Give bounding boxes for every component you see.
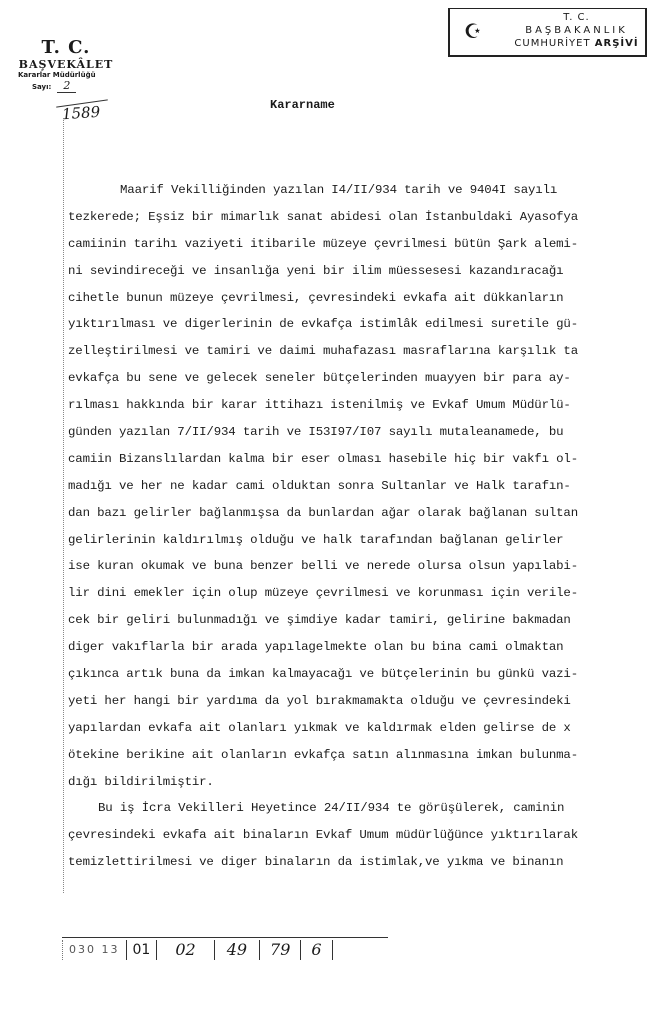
footer-code-cell: 01 (126, 940, 157, 960)
footer-code-cell: 02 (156, 940, 213, 960)
stamp-line-2: BAŞBAKANLIK (512, 24, 641, 37)
footer-code-cell: 030 13 (62, 940, 126, 960)
body-line: diger vakıflarla bir arada yapılagelmekt… (68, 634, 658, 661)
body-line: gelirlerinin kaldırılmış olduğu ve halk … (68, 527, 658, 554)
body-line: yapılardan evkafa ait olanları yıkmak ve… (68, 715, 658, 742)
body-line: lir dini emekler için olup müzeye çevril… (68, 580, 658, 607)
body-line: ise kuran okumak ve buna benzer belli ve… (68, 553, 658, 580)
body-line: madığı ve her ne kadar cami olduktan son… (68, 473, 658, 500)
document-body: Maarif Vekilliğinden yazılan I4/II/934 t… (68, 177, 658, 876)
body-line: dığı bildirilmiştir. (68, 769, 658, 796)
body-line: tezkerede; Eşsiz bir mimarlık sanat abid… (68, 204, 658, 231)
crescent-star-icon: ☪ (464, 21, 482, 41)
header-left-letterhead: T. C. BAŞVEKÂLET Kararlar Müdürlüğü Sayı… (6, 38, 126, 93)
archive-reference-code: 030 13 01 02 49 79 6 (62, 937, 388, 962)
stamp-line-1: T. C. (512, 11, 641, 24)
body-line: cek bir geliri bulunmadığı ve şimdiye ka… (68, 607, 658, 634)
sayi-label: Sayı: (32, 83, 51, 91)
sayi-value: 2 (57, 79, 76, 93)
body-line: camiinin tarihı vaziyeti itibarile müzey… (68, 231, 658, 258)
body-line: temizlettirilmesi ve diger binaların da … (68, 849, 658, 876)
stamp-line-3a: CUMHURİYET (514, 38, 590, 49)
footer-code-cell: 6 (300, 940, 332, 960)
body-line: Maarif Vekilliğinden yazılan I4/II/934 t… (68, 177, 658, 204)
body-line: camiin Bizanslılardan kalma bir eser olm… (68, 446, 658, 473)
letterhead-sayi: Sayı:2 (6, 80, 126, 93)
archive-stamp-text: T. C. BAŞBAKANLIK CUMHURİYET ARŞİVİ (512, 11, 641, 50)
body-line: yeti her hangi bir yardıma da yol bırakm… (68, 688, 658, 715)
body-line: evkafça bu sene ve gelecek seneler bütçe… (68, 365, 658, 392)
body-line: çıkınca artık buna da imkan kalmayacağı … (68, 661, 658, 688)
margin-line (63, 118, 64, 893)
body-line: zelleştirilmesi ve tamiri ve daimi muhaf… (68, 338, 658, 365)
document-title: Kararname (270, 98, 335, 112)
letterhead-organization: BAŞVEKÂLET (6, 58, 126, 71)
body-line: ni sevindireceği ve insanlığa yeni bir i… (68, 258, 658, 285)
footer-code-cell: 79 (259, 940, 300, 960)
body-line: çevresindeki evkafa ait binaların Evkaf … (68, 822, 658, 849)
handwritten-number: 1589 (61, 103, 100, 124)
body-line: rılması hakkında bir karar ittihazı iste… (68, 392, 658, 419)
body-line: Bu iş İcra Vekilleri Heyetince 24/II/934… (68, 795, 658, 822)
letterhead-tc: T. C. (6, 38, 126, 58)
archive-stamp: ☪ T. C. BAŞBAKANLIK CUMHURİYET ARŞİVİ (448, 8, 647, 57)
body-line: cihetle bunun müzeye çevrilmesi, çevresi… (68, 285, 658, 312)
footer-code-cell: 49 (214, 940, 259, 960)
body-line: ötekine berikine ait olanların evkafça s… (68, 742, 658, 769)
body-line: dan bazı gelirler bağlanmışsa da bunlard… (68, 500, 658, 527)
body-line: yıktırılması ve digerlerinin de evkafça … (68, 311, 658, 338)
body-line: günden yazılan 7/II/934 tarih ve I53I97/… (68, 419, 658, 446)
stamp-line-3b: ARŞİVİ (595, 38, 639, 49)
stamp-line-3: CUMHURİYET ARŞİVİ (512, 37, 641, 50)
